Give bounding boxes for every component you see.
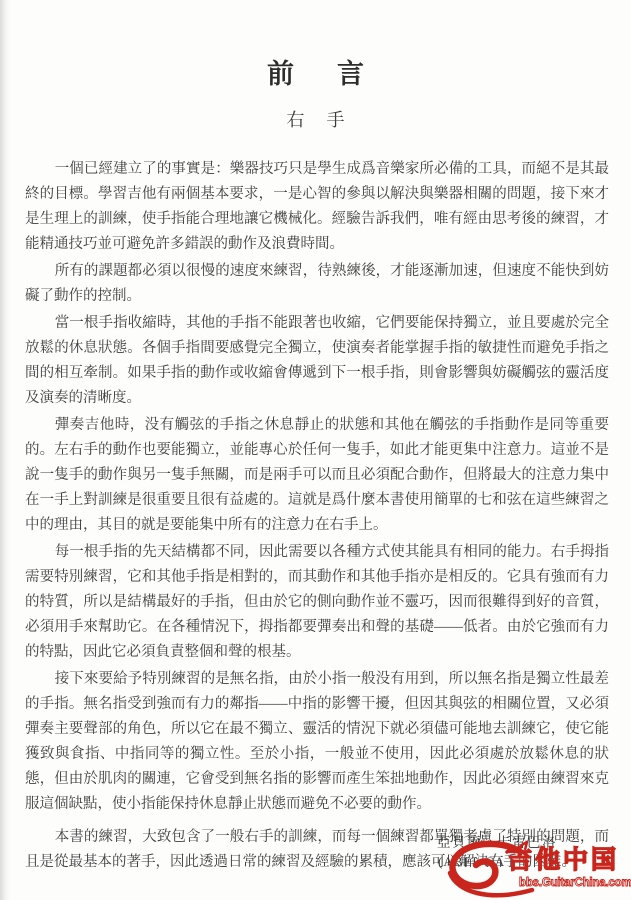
paragraph-5: 每一根手指的先天結構都不同，因此需要以各種方式使其能具有相同的能力。右手拇指需要… — [25, 540, 609, 665]
section-title: 右 手 — [0, 106, 631, 132]
page-title: 前 言 — [0, 52, 631, 91]
watermark-site-url: bbs.GuitarChina.com — [519, 877, 631, 889]
body-text: 一個已經建立了的事實是：樂器技巧只是學生成爲音樂家所必備的工具，而絕不是其最終的… — [25, 157, 609, 877]
document-page: 前 言 右 手 一個已經建立了的事實是：樂器技巧只是學生成爲音樂家所必備的工具，… — [0, 0, 631, 900]
paragraph-2: 所有的課題都必須以很慢的速度來練習，待熟練後，才能逐漸加速，但速度不能快到妨礙了… — [25, 259, 609, 309]
paragraph-1: 一個已經建立了的事實是：樂器技巧只是學生成爲音樂家所必備的工具，而絕不是其最終的… — [25, 157, 609, 257]
paragraph-4: 彈奏吉他時，没有觸弦的手指之休息靜止的狀態和其他在觸弦的手指動作是同等重要的。左… — [25, 413, 609, 538]
scan-edge-shadow — [0, 0, 11, 900]
paragraph-6: 接下來要給予特別練習的是無名指，由於小指一般没有用到，所以無名指是獨立性最差的手… — [25, 667, 609, 817]
watermark-site-name: 吉他中国 — [507, 846, 619, 874]
paragraph-3: 當一根手指收縮時，其他的手指不能跟著也收縮，它們要能保持獨立，並且要處於完全放鬆… — [25, 311, 609, 411]
watermark: 吉他中国 bbs.GuitarChina.com — [439, 846, 631, 900]
